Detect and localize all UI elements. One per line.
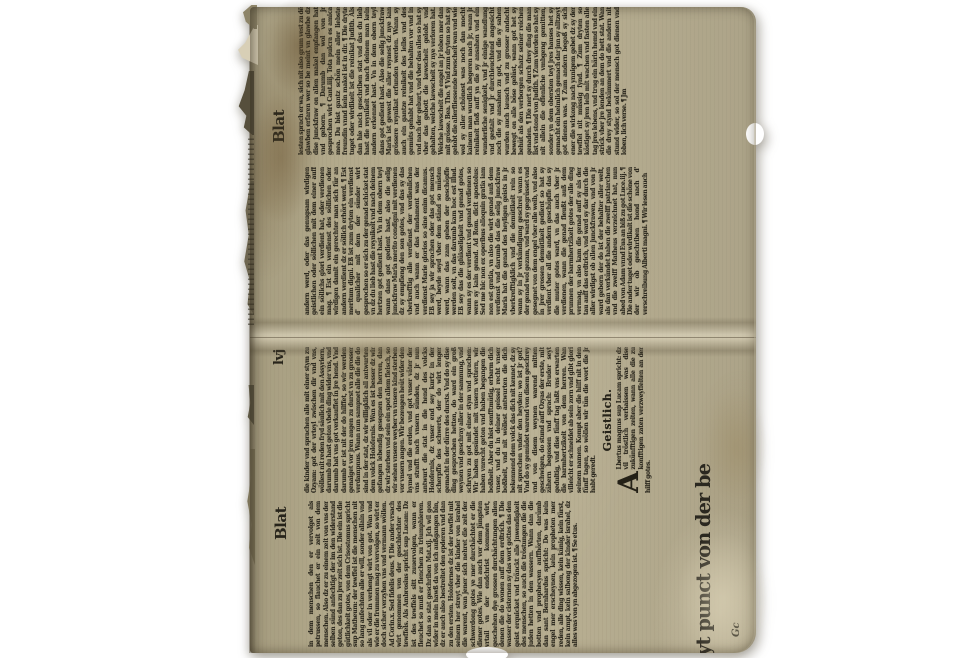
photo-background: Blat lvj in dem menschen den er vervolge… bbox=[0, 0, 980, 658]
column-text: die kinder vnd sprachen alle mit einer s… bbox=[304, 347, 597, 493]
initial-paragraph: ALbertus magnus sup Lucam spricht: dz vi… bbox=[616, 347, 653, 493]
running-header-word: Blat bbox=[272, 507, 290, 540]
text-column: andern werd, oder das genugsam wirdigen … bbox=[304, 167, 752, 315]
text-column: lesten sprach er wa, sich nit also grum … bbox=[298, 7, 754, 155]
book: Blat lvj in dem menschen den er vervolge… bbox=[0, 0, 980, 658]
text-column: in dem menschen den er vervolget als pet… bbox=[308, 501, 692, 647]
text-column: die kinder vnd sprachen alle mit einer s… bbox=[304, 347, 756, 493]
page-left: Blat lvj in dem menschen den er vervolge… bbox=[250, 343, 756, 653]
page-right: Blat andern werd, oder das genugsam wird… bbox=[250, 7, 756, 323]
chapter-heading-fragment: ryt punct von der be bbox=[691, 464, 715, 653]
printed-sheet: Blat lvj in dem menschen den er vervolge… bbox=[250, 7, 756, 653]
running-header-word: Blat bbox=[270, 110, 288, 143]
woodcut-initial: A bbox=[617, 472, 640, 493]
folio-number: lvj bbox=[272, 349, 287, 365]
signature-mark: Gc bbox=[731, 622, 742, 637]
